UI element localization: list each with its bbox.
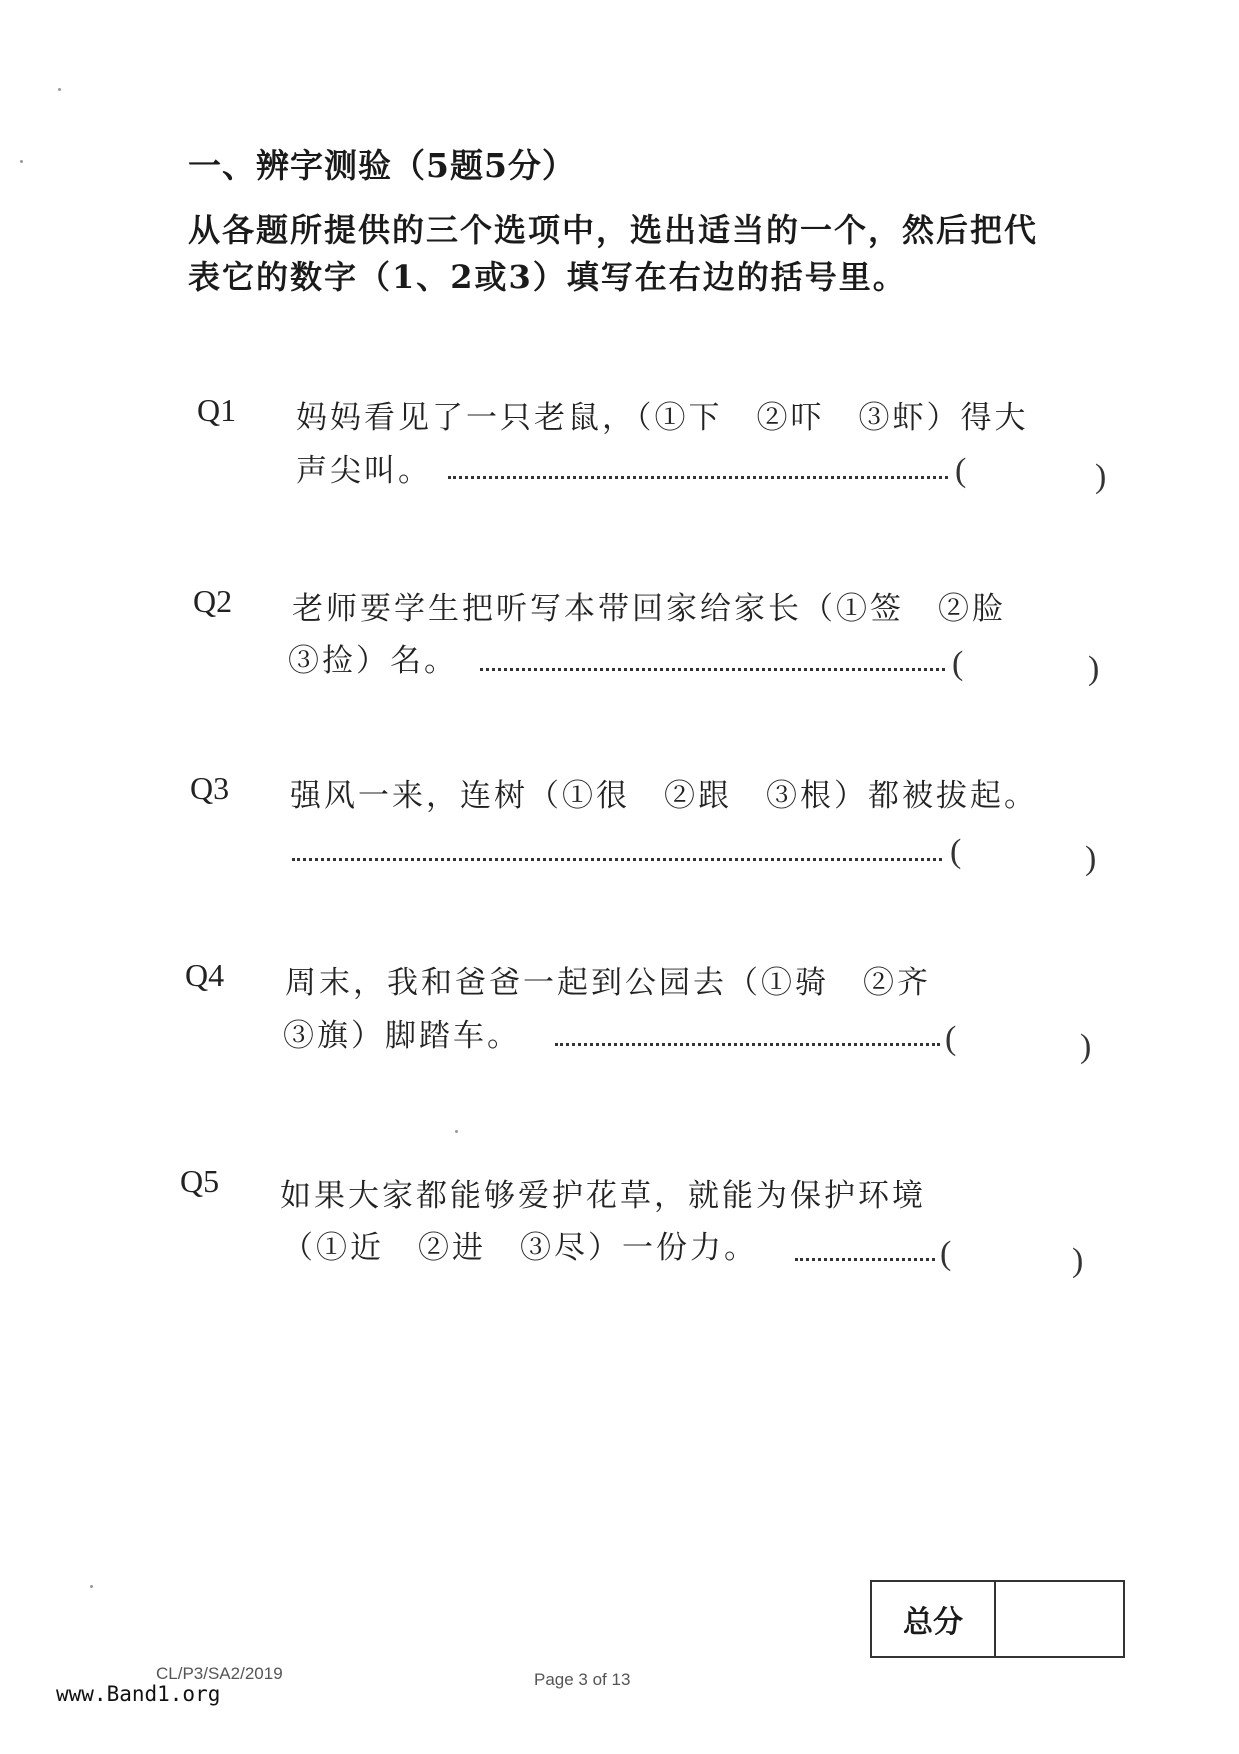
scan-speck [20,160,23,163]
instruction-line-1: 从各题所提供的三个选项中，选出适当的一个，然后把代 [188,205,1038,251]
question-text-line-1: 强风一来，连树（①很 ②跟 ③根）都被拔起。 [290,770,1038,815]
answer-field[interactable] [970,648,1082,686]
scan-speck [58,88,61,91]
instruction-line-2: 表它的数字（1、2或3）填写在右边的括号里。 [188,252,907,298]
answer-field[interactable] [958,1238,1068,1276]
question-text-line-2: （①近 ②进 ③尽）一份力。 [282,1222,758,1267]
dotted-leader [795,1258,935,1261]
answer-field[interactable] [972,455,1087,493]
question-text-line-1: 老师要学生把听写本带回家给家长（①签 ②脸 [292,583,1006,628]
answer-bracket-close: ) [1095,458,1106,496]
dotted-leader [480,668,945,671]
paper-code: CL/P3/SA2/2019 [156,1664,283,1684]
total-score-box: 总分 [870,1580,1125,1658]
question-number: Q4 [185,957,224,994]
answer-bracket-close: ) [1088,650,1099,688]
total-score-field[interactable] [996,1582,1123,1656]
question-text-line-1: 周末，我和爸爸一起到公园去（①骑 ②齐 [285,957,931,1002]
dotted-leader [292,858,942,861]
page-number: Page 3 of 13 [534,1670,630,1690]
answer-bracket-close: ) [1080,1028,1091,1066]
question-number: Q5 [180,1163,219,1200]
question-number: Q2 [193,583,232,620]
answer-bracket-open: ( [950,833,961,871]
answer-bracket-open: ( [945,1020,956,1058]
question-text-line-2: ③捡）名。 [288,635,458,680]
total-score-label: 总分 [872,1582,996,1656]
question-text-line-1: 妈妈看见了一只老鼠，（①下 ②吓 ③虾）得大 [296,392,1029,437]
question-text-line-2: 声尖叫。 [296,445,432,490]
question-text-line-2: ③旗）脚踏车。 [283,1010,521,1055]
answer-bracket-close: ) [1085,840,1096,878]
scan-speck [90,1585,93,1588]
dotted-leader [555,1043,940,1046]
scan-speck [455,1130,458,1133]
question-number: Q1 [197,392,236,429]
answer-field[interactable] [968,836,1080,874]
section-heading: 一、辨字测验（5题5分） [188,140,576,187]
answer-bracket-open: ( [955,452,966,490]
question-number: Q3 [190,770,229,807]
question-text-line-1: 如果大家都能够爱护花草，就能为保护环境 [280,1170,926,1215]
answer-bracket-open: ( [952,645,963,683]
answer-bracket-close: ) [1072,1242,1083,1280]
watermark-link[interactable]: www.Band1.org [52,1682,224,1706]
answer-field[interactable] [963,1024,1075,1062]
answer-bracket-open: ( [940,1235,951,1273]
dotted-leader [448,476,948,479]
